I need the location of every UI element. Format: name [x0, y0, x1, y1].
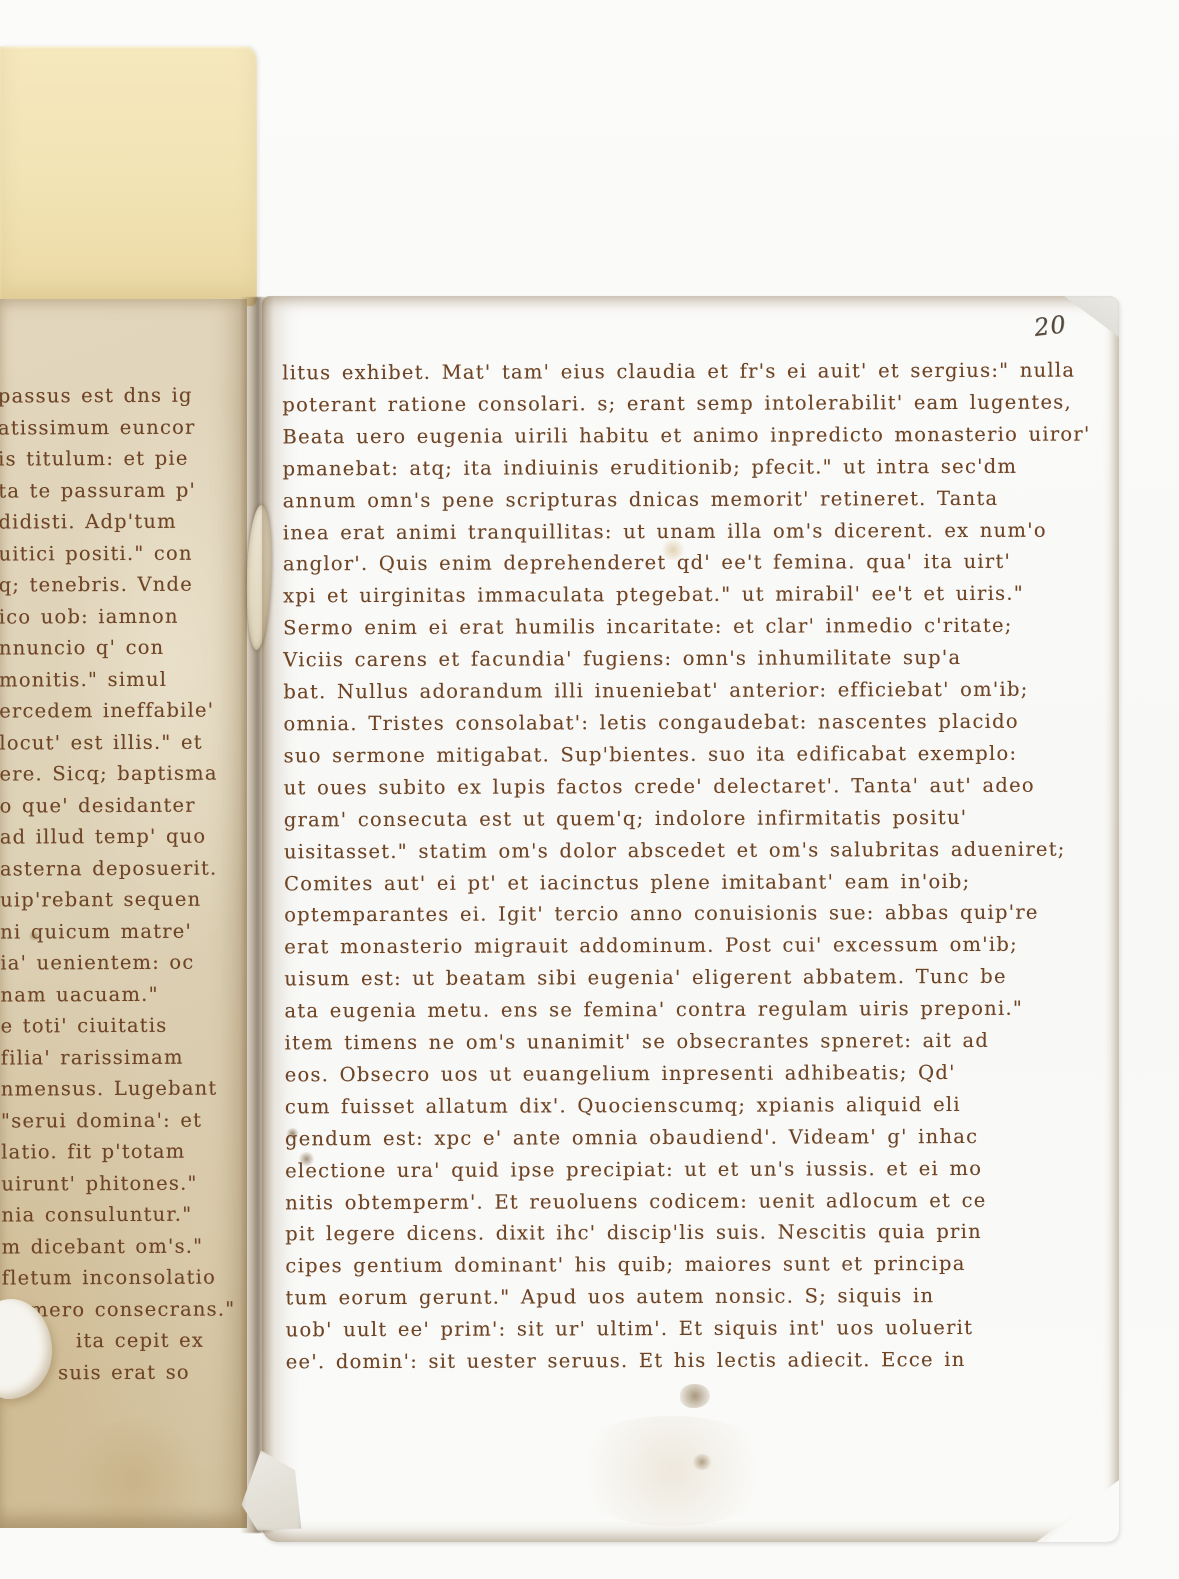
text-line: tum eorum gerunt." Apud uos autem nonsic… — [285, 1280, 1045, 1315]
stain — [28, 931, 40, 941]
text-line: uisum est: ut beatam sibi eugenia' elige… — [284, 961, 1044, 996]
text-line: cum fuisset allatum dix'. Quocienscumq; … — [285, 1089, 1045, 1124]
text-line: is titulum: et pie — [0, 442, 238, 475]
text-line: didisti. Adp'tum — [0, 505, 238, 538]
text-line: annum omn's pene scripturas dnicas memor… — [283, 482, 1043, 517]
left-page-text: passus est dns igatissimum euncoris titu… — [0, 379, 242, 1388]
text-line: uitici positi." con — [0, 537, 239, 570]
text-line: e toti' ciuitatis — [1, 1009, 241, 1042]
text-line: pit legere dicens. dixit ihc' discip'lis… — [285, 1216, 1045, 1251]
text-line: electione ura' quid ipse precipiat: ut e… — [285, 1152, 1045, 1187]
text-line: latio. fit p'totam — [1, 1135, 241, 1168]
text-line: nnuncio q' con — [0, 631, 239, 664]
manuscript-photo: passus est dns igatissimum euncoris titu… — [0, 0, 1179, 1579]
guard-leaf — [0, 46, 257, 306]
left-page-fragment: passus est dns igatissimum euncoris titu… — [0, 299, 247, 1528]
text-line: ia' uenientem: oc — [0, 946, 240, 979]
text-line: xpi et uirginitas immaculata ptegebat." … — [283, 578, 1043, 613]
text-line: nmensus. Lugebant — [1, 1072, 241, 1105]
text-line: uirunt' phitones." — [1, 1167, 241, 1200]
text-line: m dicebant om's." — [2, 1230, 242, 1263]
text-line: monitis." simul — [0, 663, 239, 696]
stain — [60, 1419, 210, 1528]
text-line: optemparantes ei. Igit' tercio anno conu… — [284, 897, 1044, 932]
text-line: nitis obtemperm'. Et reuoluens codicem: … — [285, 1184, 1045, 1219]
text-line: ad illud temp' quo — [0, 820, 240, 853]
text-line: suo sermone mitigabat. Sup'bientes. suo … — [284, 738, 1044, 773]
text-line: nia consuluntur." — [1, 1198, 241, 1231]
text-line: uisitasset." statim om's dolor abscedet … — [284, 833, 1044, 868]
page-corner-cut — [1031, 1476, 1119, 1542]
text-line: gendum est: xpc e' ante omnia obaudiend'… — [285, 1120, 1045, 1155]
text-line: ico uob: iamnon — [0, 600, 239, 633]
right-page: 20 litus exhibet. Mat' tam' eius claudia… — [262, 296, 1119, 1542]
text-line: atissimum euncor — [0, 411, 238, 444]
folio-number: 20 — [1032, 310, 1068, 342]
text-line: Viciis carens et facundia' fugiens: omn'… — [283, 642, 1043, 677]
stain — [660, 540, 686, 560]
text-line: pmanebat: atq; ita indiuinis eruditionib… — [283, 450, 1043, 485]
text-line: bat. Nullus adorandum illi inueniebat' a… — [283, 674, 1043, 709]
text-line: filia' rarissimam — [1, 1041, 241, 1074]
text-line: Comites aut' ei pt' et iacinctus plene i… — [284, 865, 1044, 900]
stain — [298, 1152, 315, 1166]
text-line: Sermo enim ei erat humilis incaritate: e… — [283, 610, 1043, 645]
stain — [562, 1416, 782, 1526]
text-line: item timens ne om's unanimit' se obsecra… — [285, 1025, 1045, 1060]
text-line: fletum inconsolatio — [2, 1261, 242, 1294]
text-line: ata eugenia metu. ens se femina' contra … — [284, 993, 1044, 1028]
text-line: poterant ratione consolari. s; erant sem… — [282, 387, 1042, 422]
text-line: o que' desidanter — [0, 789, 240, 822]
text-line: eos. Obsecro uos ut euangelium inpresent… — [285, 1057, 1045, 1092]
text-line: ut oues subito ex lupis factos crede' de… — [284, 769, 1044, 804]
text-line: locut' est illis." et — [0, 726, 239, 759]
text-line: passus est dns ig — [0, 379, 238, 412]
text-line: nam uacuam." — [0, 978, 240, 1011]
main-text-block: litus exhibet. Mat' tam' eius claudia et… — [282, 355, 1046, 1379]
text-line: Beata uero eugenia uirili habitu et anim… — [282, 418, 1042, 453]
text-line: ercedem ineffabile' — [0, 694, 239, 727]
text-line: uob' uult ee' prim': sit ur' ultim'. Et … — [286, 1312, 1046, 1347]
text-line: ee'. domin': sit uester seruus. Et his l… — [286, 1344, 1046, 1379]
text-line: erat monasterio migrauit addominum. Post… — [284, 929, 1044, 964]
text-line: gram' consecuta est ut quem'q; indolore … — [284, 801, 1044, 836]
text-line: omnia. Tristes consolabat': letis congau… — [283, 706, 1043, 741]
text-line: q; tenebris. Vnde — [0, 568, 239, 601]
text-line: cipes gentium dominant' his quib; maiore… — [285, 1248, 1045, 1283]
text-line: "serui domina': et — [1, 1104, 241, 1137]
text-line: ere. Sicq; baptisma — [0, 757, 240, 790]
text-line: litus exhibet. Mat' tam' eius claudia et… — [282, 355, 1042, 390]
text-line: ta te passuram p' — [0, 474, 238, 507]
stain — [680, 1384, 710, 1408]
text-line: asterna deposuerit. — [0, 852, 240, 885]
stain — [286, 1128, 299, 1139]
text-line: uip'rebant sequen — [0, 883, 240, 916]
